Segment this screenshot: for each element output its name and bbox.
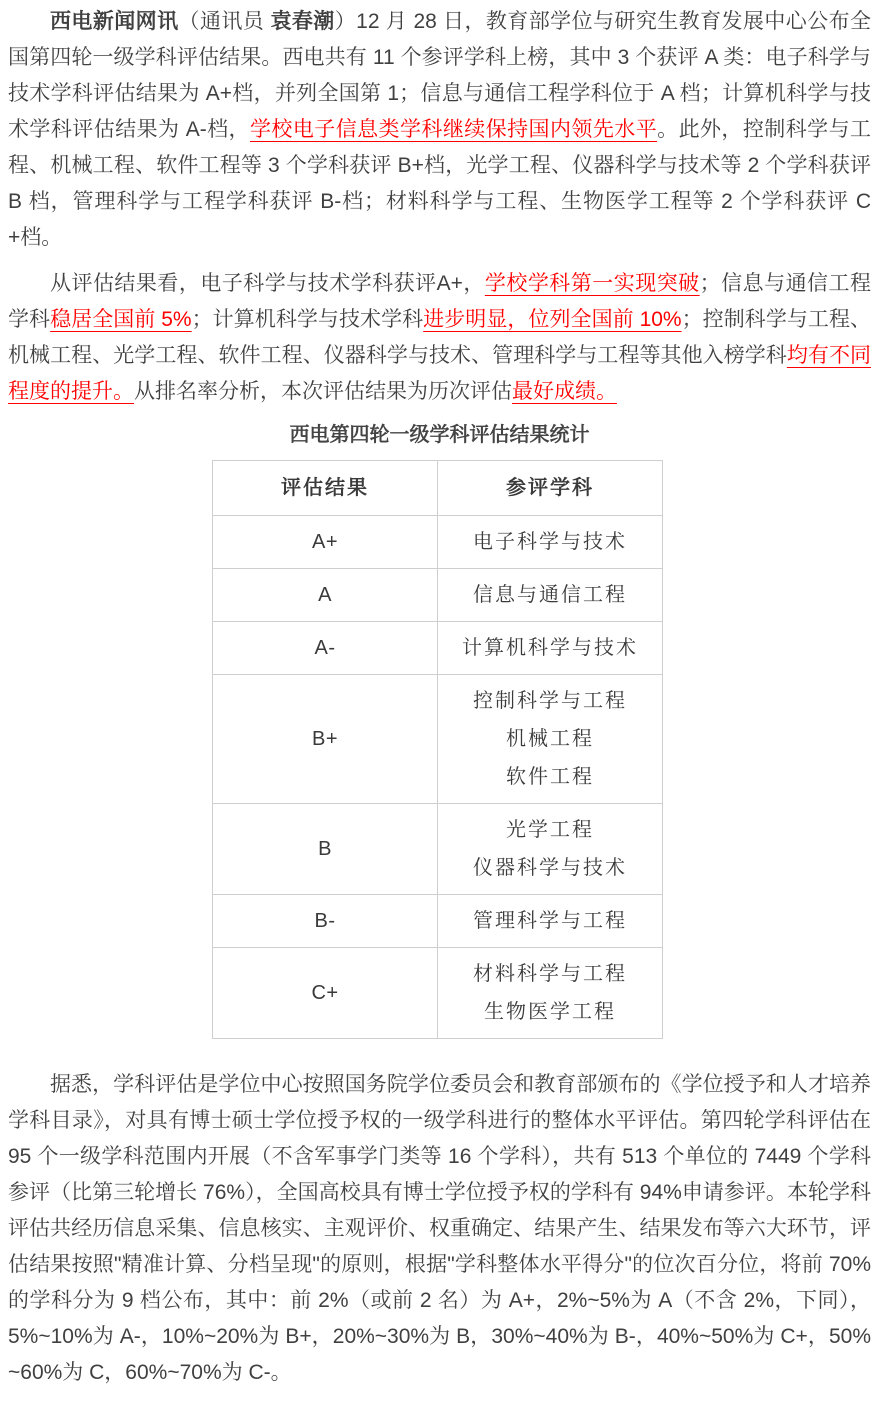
table-row: C+材料科学与工程生物医学工程: [213, 948, 663, 1039]
table-title: 西电第四轮一级学科评估结果统计: [8, 420, 871, 450]
discipline-line: 计算机科学与技术: [438, 629, 662, 667]
highlight-text-run: 最好成绩。: [512, 380, 617, 403]
text-run: 袁春潮: [270, 10, 334, 33]
grade-cell: A: [213, 569, 438, 622]
discipline-line: 电子科学与技术: [438, 523, 662, 561]
highlight-text-run: 稳居全国前 5%: [50, 308, 192, 331]
column-header-disciplines: 参评学科: [438, 461, 663, 516]
column-header-grade: 评估结果: [213, 461, 438, 516]
highlight-text-run: 学校学科第一实现突破: [485, 272, 700, 295]
discipline-line: 管理科学与工程: [438, 902, 662, 940]
text-run: 据悉，学科评估是学位中心按照国务院学位委员会和教育部颁布的《学位授予和人才培养学…: [8, 1073, 871, 1384]
evaluation-table-head: 评估结果 参评学科: [213, 461, 663, 516]
discipline-line: 仪器科学与技术: [438, 849, 662, 887]
paragraph-intro: 西电新闻网讯（通讯员 袁春潮）12 月 28 日，教育部学位与研究生教育发展中心…: [8, 4, 871, 256]
discipline-line: 信息与通信工程: [438, 576, 662, 614]
highlight-text-run: 学校电子信息类学科继续保持国内领先水平: [250, 118, 657, 141]
text-run: 西电新闻网讯: [50, 10, 179, 33]
discipline-line: 控制科学与工程: [438, 682, 662, 720]
table-row: B-管理科学与工程: [213, 895, 663, 948]
disciplines-cell: 管理科学与工程: [438, 895, 663, 948]
discipline-line: 机械工程: [438, 720, 662, 758]
paragraph-background: 据悉，学科评估是学位中心按照国务院学位委员会和教育部颁布的《学位授予和人才培养学…: [8, 1067, 871, 1391]
text-run: ；计算机科学与技术学科: [192, 308, 424, 331]
evaluation-table-body: A+电子科学与技术A信息与通信工程A-计算机科学与技术B+控制科学与工程机械工程…: [213, 516, 663, 1039]
grade-cell: C+: [213, 948, 438, 1039]
grade-cell: B-: [213, 895, 438, 948]
discipline-line: 软件工程: [438, 758, 662, 796]
text-run: 从评估结果看，电子科学与技术学科获评A+，: [50, 272, 485, 295]
evaluation-table: 评估结果 参评学科 A+电子科学与技术A信息与通信工程A-计算机科学与技术B+控…: [212, 460, 663, 1039]
table-row: A-计算机科学与技术: [213, 622, 663, 675]
article-page: 西电新闻网讯（通讯员 袁春潮）12 月 28 日，教育部学位与研究生教育发展中心…: [0, 0, 880, 1401]
disciplines-cell: 信息与通信工程: [438, 569, 663, 622]
table-row: A+电子科学与技术: [213, 516, 663, 569]
table-row: A信息与通信工程: [213, 569, 663, 622]
highlight-text-run: 进步明显，位列全国前 10%: [423, 308, 681, 331]
grade-cell: A+: [213, 516, 438, 569]
grade-cell: B+: [213, 675, 438, 804]
disciplines-cell: 电子科学与技术: [438, 516, 663, 569]
discipline-line: 光学工程: [438, 811, 662, 849]
grade-cell: A-: [213, 622, 438, 675]
paragraph-results: 从评估结果看，电子科学与技术学科获评A+，学校学科第一实现突破；信息与通信工程学…: [8, 266, 871, 410]
discipline-line: 材料科学与工程: [438, 955, 662, 993]
disciplines-cell: 计算机科学与技术: [438, 622, 663, 675]
header-row: 评估结果 参评学科: [213, 461, 663, 516]
text-run: （通讯员: [179, 10, 271, 33]
discipline-line: 生物医学工程: [438, 993, 662, 1031]
disciplines-cell: 控制科学与工程机械工程软件工程: [438, 675, 663, 804]
disciplines-cell: 材料科学与工程生物医学工程: [438, 948, 663, 1039]
grade-cell: B: [213, 804, 438, 895]
text-run: 从排名率分析，本次评估结果为历次评估: [134, 380, 512, 403]
table-row: B光学工程仪器科学与技术: [213, 804, 663, 895]
table-row: B+控制科学与工程机械工程软件工程: [213, 675, 663, 804]
disciplines-cell: 光学工程仪器科学与技术: [438, 804, 663, 895]
